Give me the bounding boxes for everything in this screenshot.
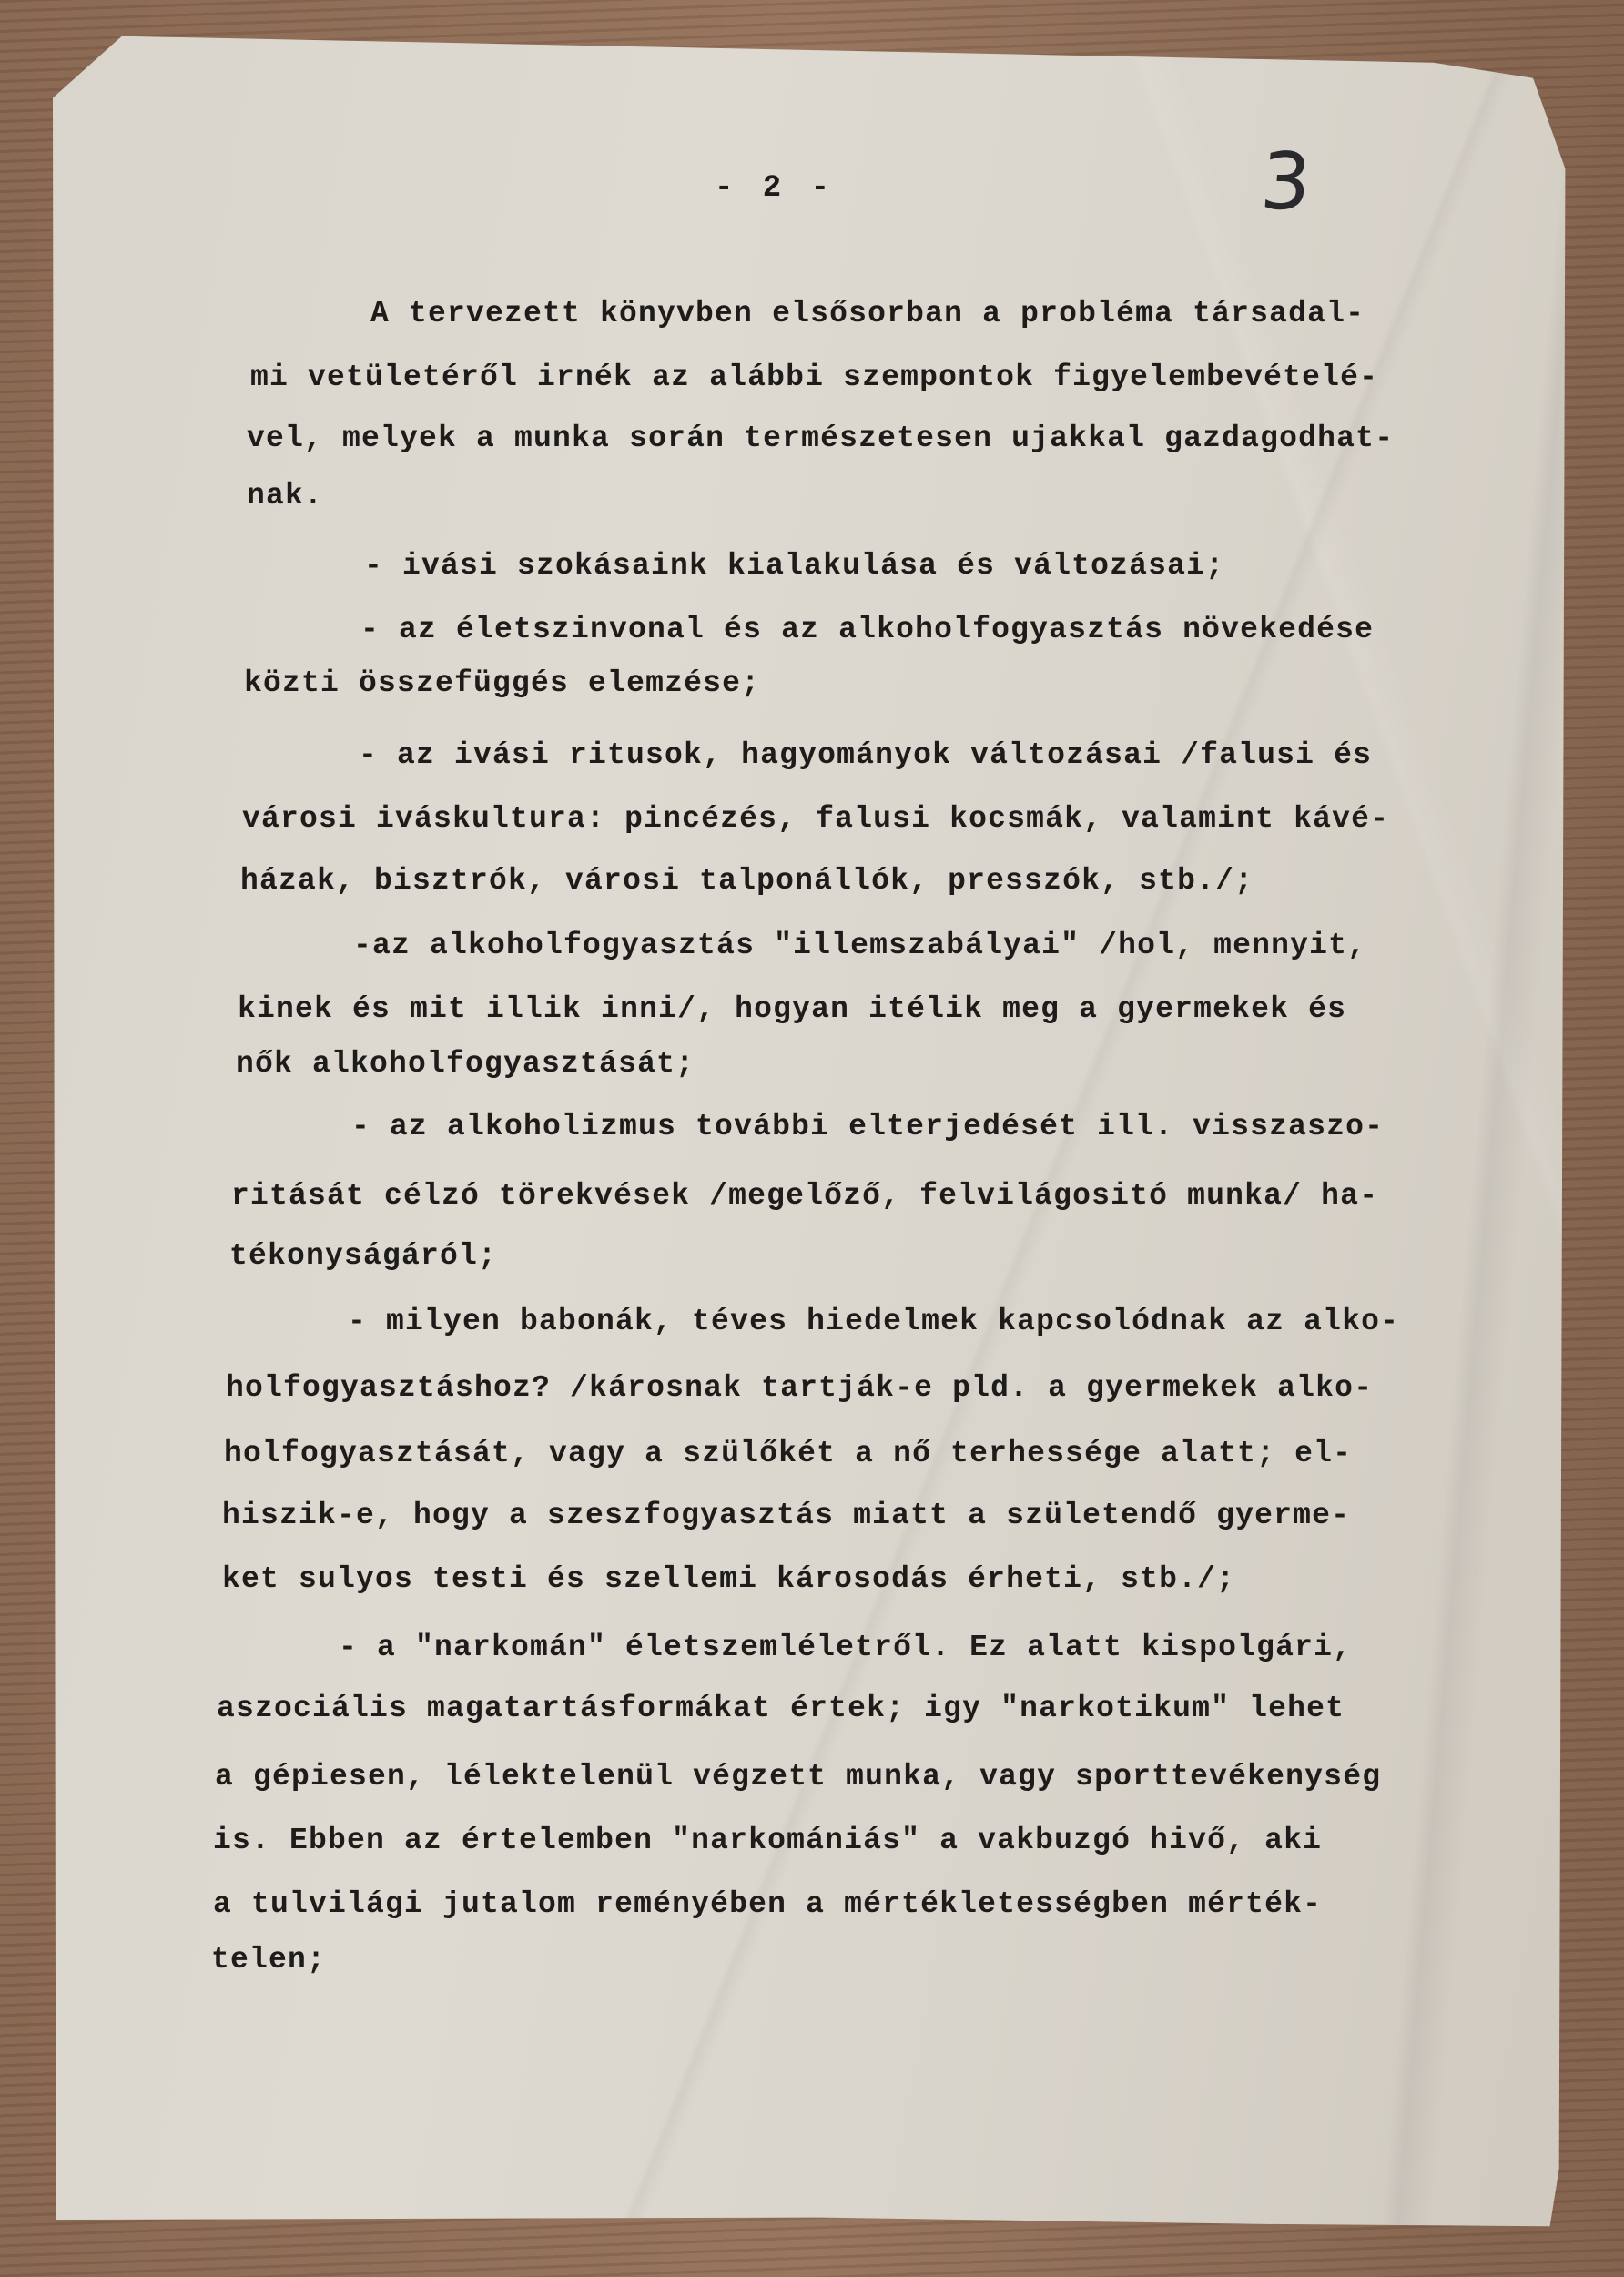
list-item-line: - az ivási ritusok, hagyományok változás… xyxy=(359,740,1372,770)
text-line: közti összefüggés elemzése; xyxy=(244,668,760,698)
text-line: holfogyasztását, vagy a szülőkét a nő te… xyxy=(224,1438,1352,1469)
text-line: vel, melyek a munka során természetesen … xyxy=(247,423,1394,453)
text-line: kinek és mit illik inni/, hogyan itélik … xyxy=(238,994,1346,1024)
text-line: holfogyasztáshoz? /károsnak tartják-e pl… xyxy=(226,1373,1373,1403)
list-item-line: - az alkoholizmus további elterjedését i… xyxy=(351,1112,1384,1142)
list-item-line: - az életszinvonal és az alkoholfogyaszt… xyxy=(360,615,1374,645)
text-line: nők alkoholfogyasztását; xyxy=(236,1049,695,1079)
text-line: nak. xyxy=(247,481,323,511)
list-item-line: - milyen babonák, téves hiedelmek kapcso… xyxy=(348,1306,1399,1337)
text-line: ritását célzó törekvések /megelőző, felv… xyxy=(231,1181,1378,1211)
text-line: telen; xyxy=(211,1945,326,1975)
text-line: házak, bisztrók, városi talponállók, pre… xyxy=(240,866,1254,896)
list-item-line: -az alkoholfogyasztás "illemszabályai" /… xyxy=(353,930,1366,961)
text-line: tékonyságáról; xyxy=(229,1241,497,1271)
text-line: városi iváskultura: pincézés, falusi koc… xyxy=(242,804,1389,834)
text-line: aszociális magatartásformákat értek; igy… xyxy=(217,1693,1345,1723)
handwritten-page-number: 3 xyxy=(1258,137,1314,228)
text-line: ket sulyos testi és szellemi károsodás é… xyxy=(222,1564,1235,1594)
text-line: A tervezett könyvben elsősorban a problé… xyxy=(370,299,1365,329)
list-item-line: - ivási szokásaink kialakulása és változ… xyxy=(364,551,1224,581)
text-line: mi vetületéről irnék az alábbi szemponto… xyxy=(250,362,1378,392)
list-item-line: - a "narkomán" életszemléletről. Ez alat… xyxy=(339,1632,1352,1662)
text-line: is. Ebben az értelemben "narkomániás" a … xyxy=(213,1825,1322,1855)
typed-page-number: - 2 - xyxy=(715,173,835,204)
text-line: hiszik-e, hogy a szeszfogyasztás miatt a… xyxy=(222,1500,1350,1530)
text-line: a gépiesen, lélektelenül végzett munka, … xyxy=(215,1762,1381,1792)
text-line: a tulvilági jutalom reményében a mértékl… xyxy=(213,1889,1322,1919)
